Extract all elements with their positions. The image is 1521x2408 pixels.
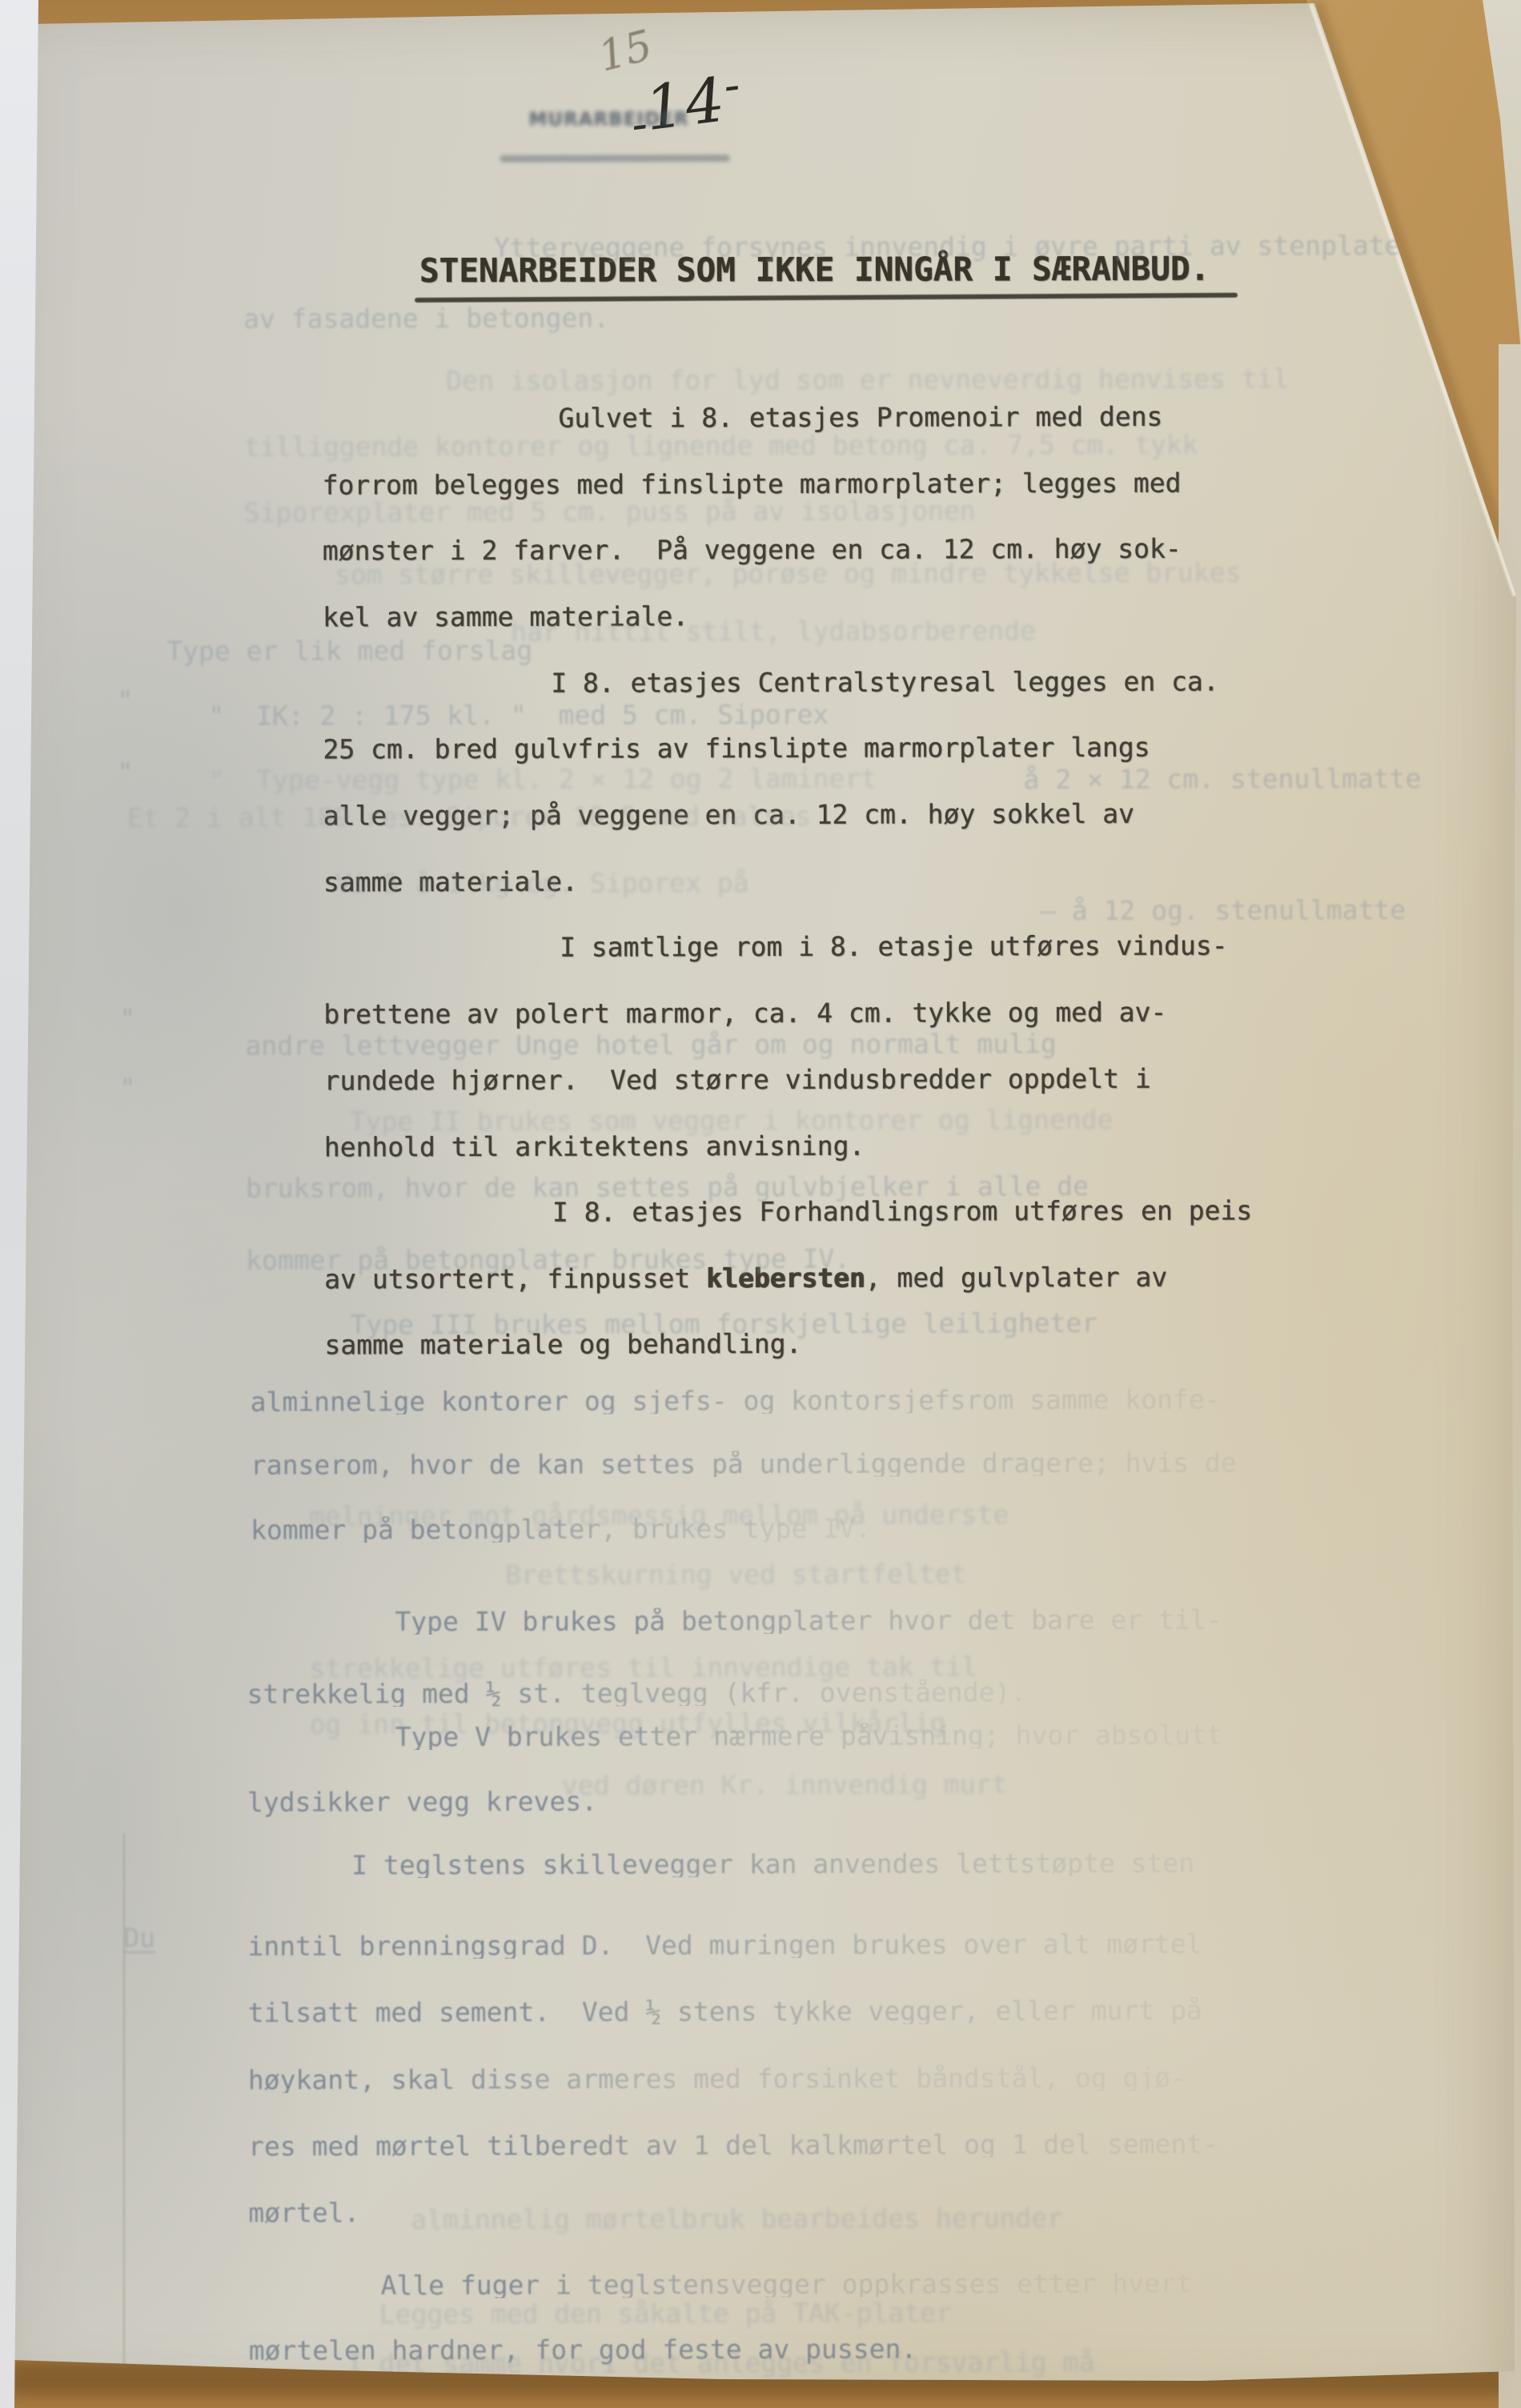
faded-line: Alle fuger i teglstensvegger oppkrasses … xyxy=(380,2270,1191,2299)
ghost-line: som større skillevegger, porøse og mindr… xyxy=(335,559,1242,588)
bleedthrough-stamp: MURARBEIDER xyxy=(528,110,688,130)
ghost-line: Ytterveggene forsynes innvendig i øvre p… xyxy=(494,232,1416,261)
ghost-line: Siporexplater med 5 cm. puss på av isola… xyxy=(244,497,976,525)
bleedthrough-smear xyxy=(500,155,730,163)
typed-line: 25 cm. bred gulvfris av finslipte marmor… xyxy=(323,734,1150,763)
typed-line: brettene av polert marmor, ca. 4 cm. tyk… xyxy=(323,999,1166,1028)
scanned-document-photo: 15 - 14 - MURARBEIDER STENARBEIDER SOM I… xyxy=(0,0,1521,2408)
ghost-line: og inn til betongvegg utfylles vilkårlig xyxy=(310,1709,946,1737)
typed-line: I samtlige rom i 8. etasje utføres vindu… xyxy=(560,932,1228,960)
ghost-line: ved døren Kr. innvendig murt xyxy=(562,1771,1007,1798)
faded-line: tilsatt med sement. Ved ½ stens tykke ve… xyxy=(248,1997,1202,2026)
ghost-line: Den isolasjon for lyd som er nevneverdig… xyxy=(446,365,1289,394)
typed-line: rundede hjørner. Ved større vindusbredde… xyxy=(324,1066,1151,1094)
ghost-line: strekkelige utføres til innvendige tak t… xyxy=(309,1653,977,1681)
ghost-ditto-mark: " xyxy=(118,759,134,785)
ghost-line: Et 2 i alt 189 res. Siporex 18,5 med val… xyxy=(127,803,811,831)
faded-line: mørtel. xyxy=(248,2199,359,2225)
ghost-line: Type III brukes mellom forskjellige leil… xyxy=(350,1310,1098,1338)
typed-line: forrom belegges med finslipte marmorplat… xyxy=(323,470,1182,499)
faded-line: alminnelige kontorer og sjefs- og kontor… xyxy=(251,1386,1221,1415)
ghost-line: alminnelig mørtelbruk bearbeides herunde… xyxy=(411,2205,1063,2233)
typed-line: Gulvet i 8. etasjes Promenoir med dens xyxy=(558,403,1162,431)
page-content: 15 - 14 - MURARBEIDER STENARBEIDER SOM I… xyxy=(0,0,1521,2408)
ghost-line: – å 12 og. stenullmatte xyxy=(1040,897,1406,924)
ghost-line: Legges med den såkalte på TAK-plater xyxy=(379,2299,952,2327)
title-underline xyxy=(415,293,1238,303)
ghost-line: I det samme hvori det anlegges en forsva… xyxy=(347,2349,1095,2377)
ghost-line: Type II brukes som vegger i kontorer og … xyxy=(350,1106,1114,1134)
ghost-line: andre lettvegger Unge hotel går om og no… xyxy=(245,1030,1056,1059)
klebersten-post: , med gulvplater av xyxy=(865,1262,1168,1294)
ghost-line: Brettskurning ved startfeltet xyxy=(505,1560,966,1588)
ghost-ditto-mark: " xyxy=(120,1074,136,1101)
faded-line: res med mørtel tilberedt av 1 del kalkmø… xyxy=(248,2131,1218,2160)
ghost-line: å 2 × 12 cm. stenullmatte xyxy=(1024,765,1422,793)
ghost-ditto-mark: " xyxy=(119,1005,135,1032)
faded-line: ranserom, hvor de kan settes på underlig… xyxy=(251,1449,1237,1478)
ghost-line: Vi 5 å 1 kg og. Siporex på xyxy=(335,869,749,897)
ghost-line: kommer på betongplater brukes type IV. xyxy=(246,1246,850,1274)
ghost-ditto-mark: " xyxy=(117,687,133,713)
faded-line: Type IV brukes på betongplater hvor det … xyxy=(395,1606,1222,1635)
document-page: 15 - 14 - MURARBEIDER STENARBEIDER SOM I… xyxy=(0,0,1521,2408)
ghost-line: har hittil stilt, lydabsorberende xyxy=(511,617,1036,645)
ghost-line: melninger mot gårdsmessig mellom på unde… xyxy=(309,1501,1009,1529)
faded-line: høykant, skal disse armeres med forsinke… xyxy=(248,2065,1186,2093)
ink-page-number: - 14 - xyxy=(626,67,744,142)
ghost-line: bruksrom, hvor de kan settes på gulvbjel… xyxy=(246,1173,1089,1202)
ghost-margin-note: Du xyxy=(123,1924,155,1953)
ghost-line: tilliggende kontorer og lignende med bet… xyxy=(243,431,1198,460)
faded-line: inntil brenningsgrad D. Ved muringen bru… xyxy=(247,1931,1202,1960)
ghost-line: av fasadene i betongen. xyxy=(243,304,609,331)
faded-line: lydsikker vegg kreves. xyxy=(247,1788,597,1816)
ghost-line: Type er lik med forslag xyxy=(167,637,532,664)
pencil-page-number: 15 xyxy=(595,25,656,78)
faded-line: I teglstens skillevegger kan anvendes le… xyxy=(351,1850,1194,1879)
typed-line: I 8. etasjes Centralstyresal legges en c… xyxy=(551,668,1219,696)
ghost-line: " IK: 2 : 175 kl. " med 5 cm. Siporex xyxy=(208,701,829,729)
ghost-line: " Type-vegg type kl. 2 × 12 og 2 laminer… xyxy=(209,765,877,793)
